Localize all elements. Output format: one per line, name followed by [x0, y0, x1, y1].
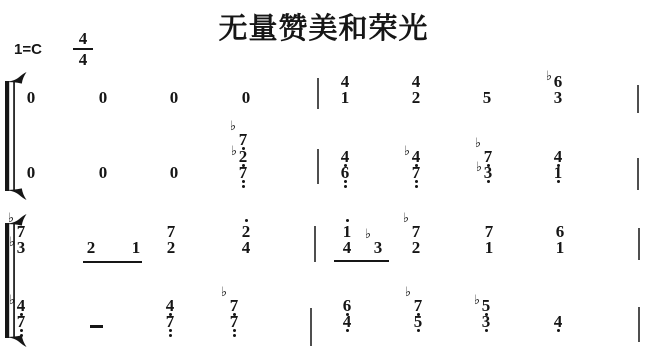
note-digit: 3: [374, 238, 383, 257]
note: 0: [96, 165, 110, 180]
octave-dot-below: [346, 329, 349, 332]
note: 2: [164, 240, 178, 255]
note: 4: [338, 149, 352, 164]
octave-dot-below: [242, 180, 245, 183]
note: 7♭: [481, 149, 495, 164]
note: 1: [482, 240, 496, 255]
sustain-dash: [90, 325, 103, 328]
note: 3: [551, 90, 565, 105]
note: 4: [239, 240, 253, 255]
note: 0: [239, 90, 253, 105]
note-digit: 2: [167, 238, 176, 257]
note: 7: [409, 165, 423, 180]
flat-icon: ♭: [403, 146, 411, 158]
note: 1: [551, 165, 565, 180]
note: 7♭: [236, 132, 250, 147]
note-digit: 1: [556, 238, 565, 257]
note-digit: 0: [170, 163, 179, 182]
note: 6: [340, 298, 354, 313]
note: 7♭: [227, 298, 241, 313]
octave-dot-below: [485, 329, 488, 332]
flat-icon: ♭: [229, 121, 237, 133]
octave-dot-below: [242, 185, 245, 188]
note: 2: [409, 240, 423, 255]
octave-dot-below: [344, 180, 347, 183]
note: 7: [227, 314, 241, 329]
note: 3♭: [371, 240, 385, 255]
flat-icon: ♭: [402, 213, 410, 225]
note-digit: 4: [343, 238, 352, 257]
octave-dot-below: [20, 329, 23, 332]
flat-icon: ♭: [475, 162, 483, 174]
eighth-note-beam: [83, 261, 142, 263]
flat-icon: ♭: [8, 237, 16, 249]
note: 3♭: [481, 165, 495, 180]
note: 7♭: [14, 224, 28, 239]
note: 2: [409, 90, 423, 105]
note: 6♭: [551, 74, 565, 89]
flat-icon: ♭: [545, 71, 553, 83]
note-digit: 0: [99, 163, 108, 182]
octave-dot-above: [346, 219, 349, 222]
barline: [317, 78, 319, 109]
note-digit: 2: [412, 88, 421, 107]
octave-dot-below: [169, 334, 172, 337]
barline: [317, 149, 319, 184]
octave-dot-below: [233, 334, 236, 337]
note-digit: 0: [27, 163, 36, 182]
barline: [637, 158, 639, 190]
octave-dot-above: [245, 219, 248, 222]
note: 4: [551, 149, 565, 164]
note: 4: [409, 74, 423, 89]
note-digit: 3: [554, 88, 563, 107]
barline: [638, 307, 640, 342]
note: 7: [164, 224, 178, 239]
note-digit: 3: [17, 238, 26, 257]
octave-dot-below: [415, 180, 418, 183]
note: 4♭: [409, 149, 423, 164]
octave-dot-below: [487, 180, 490, 183]
note: 5: [480, 90, 494, 105]
note: 6: [553, 224, 567, 239]
note: 2: [84, 240, 98, 255]
note: 4: [338, 74, 352, 89]
note: 0: [24, 165, 38, 180]
note: 7♭: [411, 298, 425, 313]
note: 0: [167, 165, 181, 180]
octave-dot-below: [557, 329, 560, 332]
octave-dot-below: [417, 329, 420, 332]
note: 7: [482, 224, 496, 239]
note-digit: 2: [87, 238, 96, 257]
sheet-music-page: 无量赞美和荣光 1=C 4 4 0000414256♭30007♭2♭7464♭…: [0, 0, 647, 362]
note: 2: [239, 224, 253, 239]
flat-icon: ♭: [7, 213, 15, 225]
octave-dot-below: [415, 185, 418, 188]
note-digit: 5: [483, 88, 492, 107]
octave-dot-below: [20, 334, 23, 337]
eighth-note-beam: [334, 260, 389, 262]
flat-icon: ♭: [230, 146, 238, 158]
octave-dot-below: [169, 329, 172, 332]
note: 1: [129, 240, 143, 255]
octave-dot-below: [344, 185, 347, 188]
note-digit: 0: [27, 88, 36, 107]
barline: [314, 226, 316, 262]
note: 1: [338, 90, 352, 105]
note-digit: 4: [242, 238, 251, 257]
note: 5: [411, 314, 425, 329]
barline: [637, 85, 639, 113]
note-digit: 1: [341, 88, 350, 107]
octave-dot-below: [557, 180, 560, 183]
note: 2♭: [236, 149, 250, 164]
note: 1: [340, 224, 354, 239]
note: 7: [163, 314, 177, 329]
note: 4: [551, 314, 565, 329]
note: 0: [96, 90, 110, 105]
note: 0: [167, 90, 181, 105]
note: 7♭: [409, 224, 423, 239]
note-digit: 1: [132, 238, 141, 257]
flat-icon: ♭: [473, 295, 481, 307]
note: 1: [553, 240, 567, 255]
note-digit: 1: [485, 238, 494, 257]
flat-icon: ♭: [220, 287, 228, 299]
flat-icon: ♭: [404, 287, 412, 299]
octave-dot-below: [233, 329, 236, 332]
note: 0: [24, 90, 38, 105]
note-digit: 0: [242, 88, 251, 107]
note-digit: 0: [170, 88, 179, 107]
flat-icon: ♭: [474, 138, 482, 150]
flat-icon: ♭: [8, 295, 16, 307]
note: 7: [14, 314, 28, 329]
note: 7: [236, 165, 250, 180]
note: 4♭: [14, 298, 28, 313]
note: 4: [340, 314, 354, 329]
note: 3♭: [14, 240, 28, 255]
score: 0000414256♭30007♭2♭7464♭77♭3♭417♭3♭21722…: [0, 0, 647, 362]
note: 3: [479, 314, 493, 329]
note: 4: [340, 240, 354, 255]
note: 4: [163, 298, 177, 313]
barline: [638, 228, 640, 260]
barline: [310, 308, 312, 346]
note: 6: [338, 165, 352, 180]
flat-icon: ♭: [364, 229, 372, 241]
note-digit: 2: [412, 238, 421, 257]
note-digit: 0: [99, 88, 108, 107]
note: 5♭: [479, 298, 493, 313]
